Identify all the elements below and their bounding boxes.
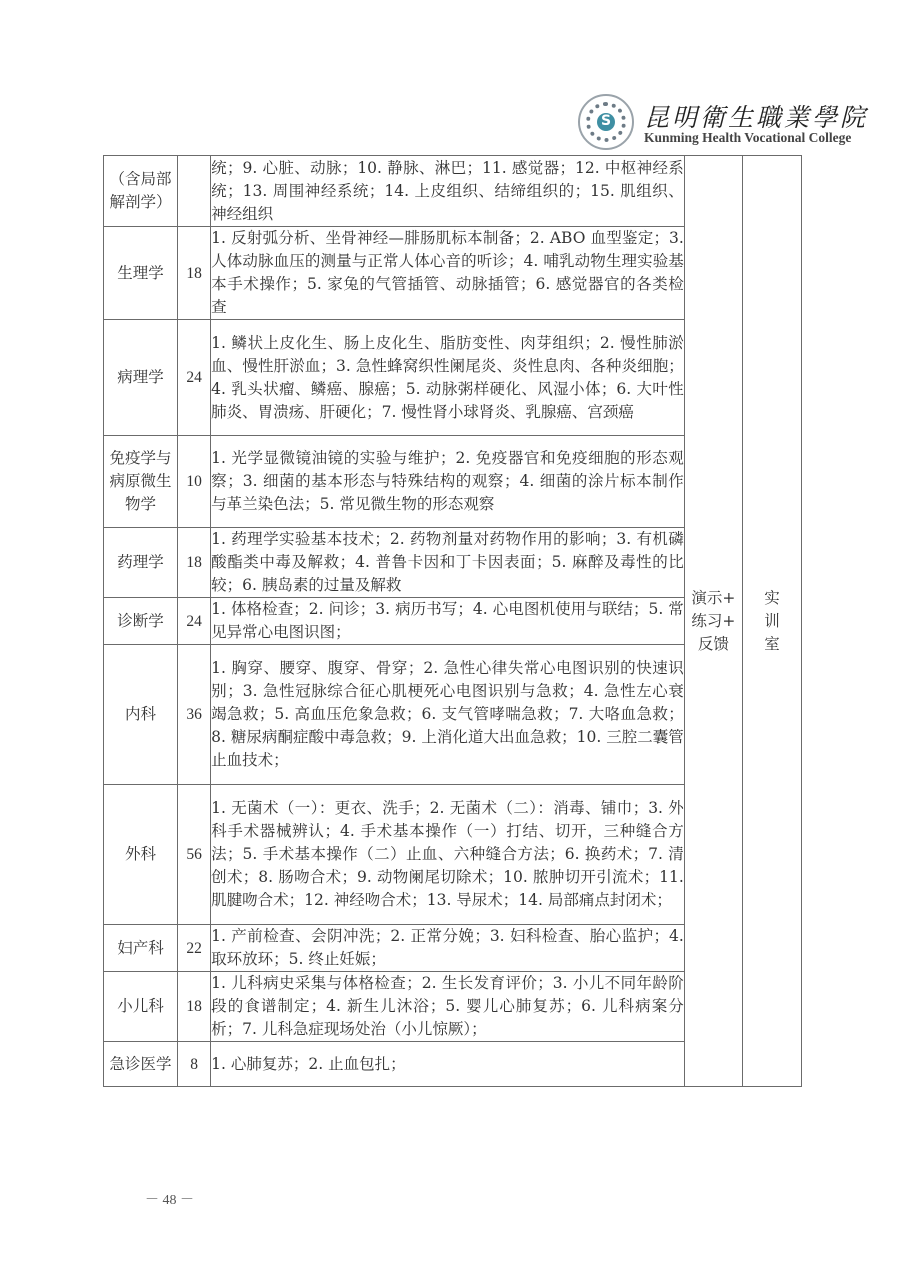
- subject-cell: 急诊医学: [104, 1042, 178, 1087]
- school-name-cn: 昆明衛生職業學院: [644, 98, 868, 134]
- hours-cell: 10: [178, 436, 211, 528]
- content-cell: 1. 产前检查、会阴冲洗；2. 正常分娩；3. 妇科检查、胎心监护；4. 取环放…: [211, 925, 685, 972]
- training-place-cell: 实训室: [742, 156, 801, 1087]
- school-name-en: Kunming Health Vocational College: [644, 130, 851, 146]
- content-cell: 1. 儿科病史采集与体格检查；2. 生长发育评价；3. 小儿不同年龄阶段的食谱制…: [211, 972, 685, 1042]
- teaching-method-text: 练习+: [685, 610, 742, 633]
- subject-cell: 病理学: [104, 320, 178, 436]
- subject-cell: 药理学: [104, 528, 178, 598]
- table-row: （含局部解剖学）统；9. 心脏、动脉；10. 静脉、淋巴；11. 感觉器；12.…: [104, 156, 802, 227]
- hours-cell: 18: [178, 528, 211, 598]
- subject-cell: 诊断学: [104, 598, 178, 645]
- training-place-text: 实: [743, 587, 801, 610]
- content-cell: 1. 光学显微镜油镜的实验与维护；2. 免疫器官和免疫细胞的形态观察；3. 细菌…: [211, 436, 685, 528]
- content-cell: 1. 胸穿、腰穿、腹穿、骨穿；2. 急性心律失常心电图识别的快速识别；3. 急性…: [211, 645, 685, 785]
- hours-cell: 24: [178, 598, 211, 645]
- content-cell: 统；9. 心脏、动脉；10. 静脉、淋巴；11. 感觉器；12. 中枢神经系统；…: [211, 156, 685, 227]
- hours-cell: [178, 156, 211, 227]
- hours-cell: 8: [178, 1042, 211, 1087]
- subject-cell: 妇产科: [104, 925, 178, 972]
- content-cell: 1. 鳞状上皮化生、肠上皮化生、脂肪变性、肉芽组织；2. 慢性肺淤血、慢性肝淤血…: [211, 320, 685, 436]
- hours-cell: 22: [178, 925, 211, 972]
- content-cell: 1. 体格检查；2. 问诊；3. 病历书写；4. 心电图机使用与联结；5. 常见…: [211, 598, 685, 645]
- page-number: － 48 －: [145, 1189, 194, 1209]
- college-emblem-icon: [578, 94, 634, 150]
- subject-cell: 小儿科: [104, 972, 178, 1042]
- subject-cell: 外科: [104, 785, 178, 925]
- subject-cell: 生理学: [104, 227, 178, 320]
- hours-cell: 18: [178, 972, 211, 1042]
- subject-cell: 内科: [104, 645, 178, 785]
- hours-cell: 36: [178, 645, 211, 785]
- content-cell: 1. 反射弧分析、坐骨神经—腓肠肌标本制备；2. ABO 血型鉴定；3. 人体动…: [211, 227, 685, 320]
- subject-cell: （含局部解剖学）: [104, 156, 178, 227]
- hours-cell: 56: [178, 785, 211, 925]
- hours-cell: 18: [178, 227, 211, 320]
- training-place-text: 室: [743, 633, 801, 656]
- teaching-method-cell: 演示+练习+反馈: [684, 156, 742, 1087]
- content-cell: 1. 药理学实验基本技术；2. 药物剂量对药物作用的影响；3. 有机磷酸酯类中毒…: [211, 528, 685, 598]
- teaching-method-text: 反馈: [685, 633, 742, 656]
- hours-cell: 24: [178, 320, 211, 436]
- page-header: 昆明衛生職業學院 Kunming Health Vocational Colle…: [578, 92, 848, 154]
- content-cell: 1. 心肺复苏；2. 止血包扎；: [211, 1042, 685, 1087]
- content-cell: 1. 无菌术（一）：更衣、洗手；2. 无菌术（二）：消毒、铺巾；3. 外科手术器…: [211, 785, 685, 925]
- subject-cell: 免疫学与病原微生物学: [104, 436, 178, 528]
- teaching-method-text: 演示+: [685, 587, 742, 610]
- training-place-text: 训: [743, 610, 801, 633]
- training-course-table: （含局部解剖学）统；9. 心脏、动脉；10. 静脉、淋巴；11. 感觉器；12.…: [103, 155, 802, 1087]
